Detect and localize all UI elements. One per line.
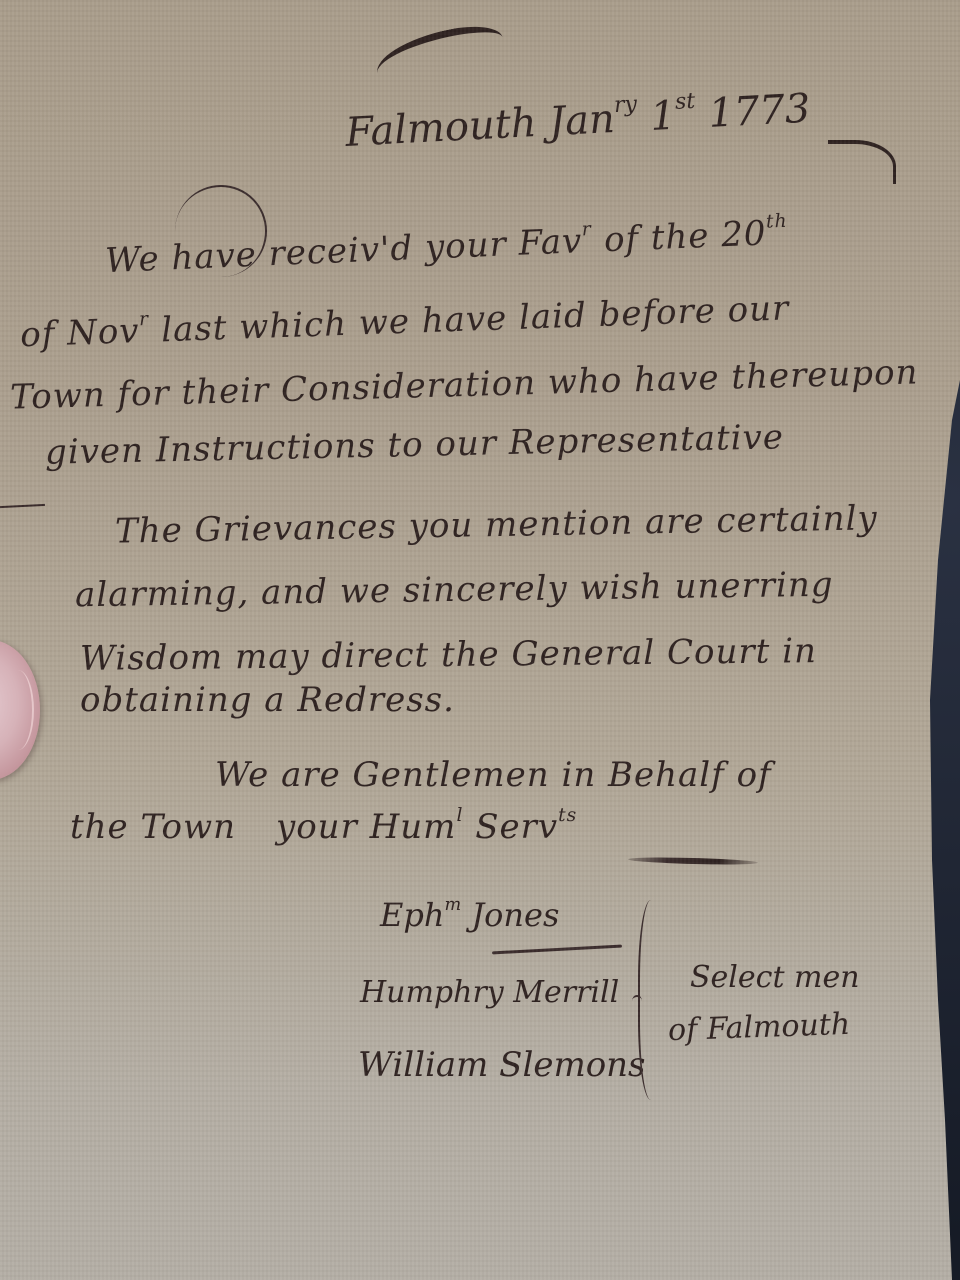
line-text-rest: last which we have laid before our [149, 288, 790, 350]
line-text: Wisdom may direct the General Court in [80, 631, 817, 679]
letter-sheet: Falmouth Janry 1st 1773 We have receiv'd… [0, 0, 960, 1280]
signature-text: William Slemons [358, 1045, 646, 1085]
body-line: Town for their Consideration who have th… [10, 352, 919, 417]
signature-text: Humphry Merrill [360, 975, 619, 1010]
body-line: alarming, and we sincerely wish unerring [75, 565, 834, 616]
line-sup: ts [558, 805, 577, 826]
body-line: Wisdom may direct the General Court in [80, 631, 817, 679]
signature-slemons: William Slemons [358, 1045, 646, 1085]
body-line: given Instructions to our Representative [45, 417, 785, 472]
heading-day: 1 [649, 93, 677, 140]
body-line: The Grievances you mention are certainly [115, 498, 878, 551]
line-text-rest: your Hum [276, 807, 456, 847]
heading-place: Falmouth [344, 100, 537, 156]
heading-day-sup: st [674, 89, 695, 115]
line-text: of Nov [20, 311, 141, 355]
closing-ink-stroke [628, 856, 758, 865]
heading-month: Jan [548, 96, 616, 145]
signature-merrill: Humphry Merrill [360, 975, 619, 1010]
role-line-2: of Falmouth [667, 1007, 850, 1048]
line-text: alarming, and we sincerely wish unerring [75, 565, 834, 616]
line-sup: th [766, 211, 788, 233]
heading-flourish [372, 19, 509, 92]
line-text: Town for their Consideration who have th… [10, 352, 919, 417]
closing-line: We are Gentlemen in Behalf of [215, 755, 772, 795]
role-line-1: Select men [690, 960, 860, 995]
signature-text: Eph [380, 896, 444, 934]
signature-text: Jones [461, 896, 559, 934]
line-text-rest: Serv [463, 807, 558, 847]
line-text: obtaining a Redress. [80, 680, 455, 720]
date-flourish [828, 140, 896, 184]
line-text-rest: of the 20 [591, 213, 767, 260]
body-line: of Novr last which we have laid before o… [20, 287, 790, 356]
signature-sup: m [444, 895, 461, 915]
line-text: given Instructions to our Representative [45, 417, 785, 472]
brace-icon [638, 900, 670, 1100]
body-line: obtaining a Redress. [80, 680, 455, 720]
line-text: The Grievances you mention are certainly [115, 498, 878, 551]
line-text: the Town [70, 807, 236, 847]
closing-line: the Townyour Huml Servts [70, 805, 577, 847]
heading-year: 1773 [707, 86, 811, 137]
signature-underline [492, 945, 622, 955]
signature-jones: Ephm Jones [380, 895, 559, 934]
letter-heading: Falmouth Janry 1st 1773 [344, 83, 811, 156]
margin-mark [0, 504, 45, 508]
line-text: We are Gentlemen in Behalf of [215, 755, 772, 795]
heading-month-sup: ry [613, 92, 637, 118]
